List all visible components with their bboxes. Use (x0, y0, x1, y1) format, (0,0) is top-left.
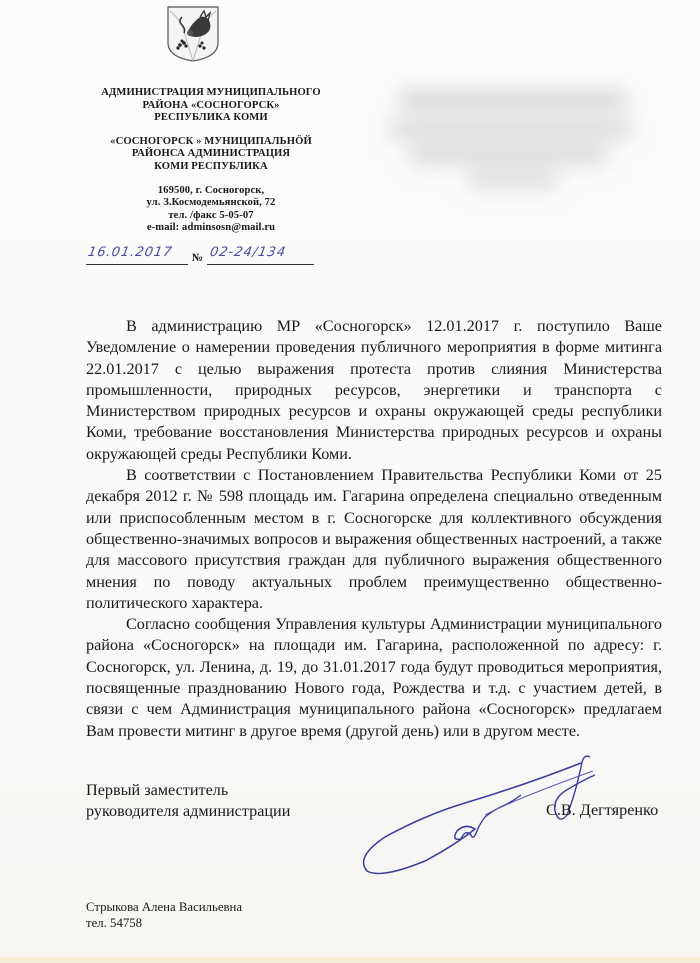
org-name-komi: «СОСНОГОРСК » МУНИЦИПАЛЬНÖЙ РАЙОНСА АДМИ… (80, 136, 342, 174)
executor-name: Стрыкова Алена Васильевна (86, 899, 242, 915)
letter-body: В администрацию МР «Сосногорск» 12.01.20… (86, 316, 662, 742)
phone-line: тел. /факс 5-05-07 (80, 210, 342, 223)
org-name-russian: АДМИНИСТРАЦИЯ МУНИЦИПАЛЬНОГО РАЙОНА «СОС… (80, 87, 342, 125)
executor-info: Стрыкова Алена Васильевна тел. 54758 (86, 899, 242, 931)
org-line: РАЙОНСА АДМИНИСТРАЦИЯ (80, 148, 342, 161)
number-underline (207, 264, 314, 265)
letter-page: АДМИНИСТРАЦИЯ МУНИЦИПАЛЬНОГО РАЙОНА «СОС… (0, 0, 700, 963)
address-line: ул. З.Космодемьянской, 72 (80, 197, 342, 210)
letterhead: АДМИНИСТРАЦИЯ МУНИЦИПАЛЬНОГО РАЙОНА «СОС… (80, 87, 342, 235)
number-sign: № (192, 252, 203, 264)
recipient-redacted (378, 82, 638, 202)
registration-number: 02-24/134 (209, 245, 288, 260)
email-line: e-mail: adminsosn@mail.ru (80, 222, 342, 235)
registration-line: 16.01.2017 № 02-24/134 (86, 243, 314, 265)
page-edge (0, 957, 700, 963)
executor-phone: тел. 54758 (86, 915, 242, 931)
org-line: АДМИНИСТРАЦИЯ МУНИЦИПАЛЬНОГО (80, 87, 342, 100)
org-line: КОМИ РЕСПУБЛИКА (80, 161, 342, 174)
org-line: РЕСПУБЛИКА КОМИ (80, 112, 342, 125)
org-line: «СОСНОГОРСК » МУНИЦИПАЛЬНÖЙ (80, 136, 342, 149)
paragraph: Согласно сообщения Управления культуры А… (86, 614, 662, 742)
signatory-name: С.В. Дегтяренко (546, 801, 658, 820)
coat-of-arms-icon (166, 5, 220, 63)
title-line: Первый заместитель (86, 780, 290, 801)
signatory-title: Первый заместитель руководителя админист… (86, 780, 290, 822)
address-line: 169500, г. Сосногорск, (80, 185, 342, 198)
title-line: руководителя администрации (86, 801, 290, 822)
paragraph: В администрацию МР «Сосногорск» 12.01.20… (86, 316, 662, 465)
date-underline (86, 264, 188, 265)
org-line: РАЙОНА «СОСНОГОРСК» (80, 100, 342, 113)
org-address: 169500, г. Сосногорск, ул. З.Космодемьян… (80, 185, 342, 235)
registration-date: 16.01.2017 (87, 245, 174, 260)
paragraph: В соответствии с Постановлением Правител… (86, 465, 662, 614)
